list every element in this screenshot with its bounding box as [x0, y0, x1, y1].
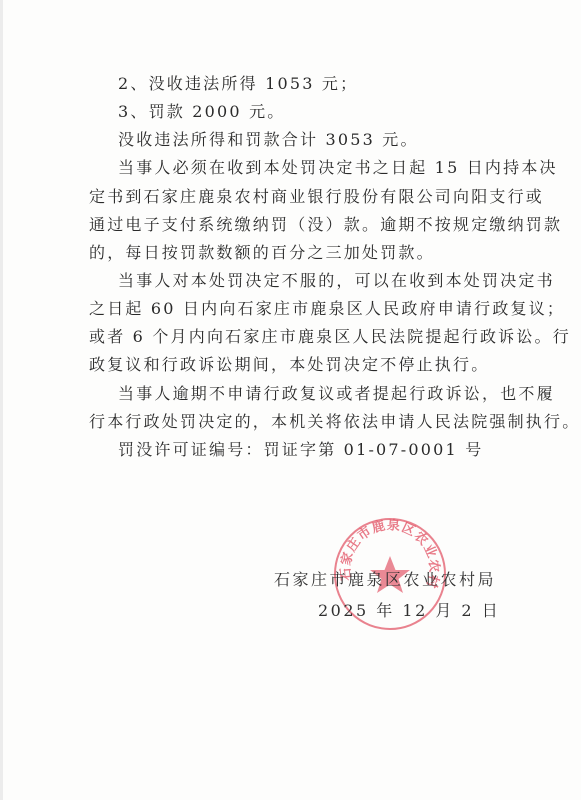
text-line: 定书到石家庄鹿泉农村商业银行股份有限公司向阳支行或 — [89, 187, 544, 207]
text-line: 通过电子支付系统缴纳罚（没）款。逾期不按规定缴纳罚款 — [89, 215, 562, 235]
scan-edge — [0, 0, 3, 800]
text-line: 政复议和行政诉讼期间，本处罚决定不停止执行。 — [89, 355, 489, 375]
text-line: 当事人对本处罚决定不服的，可以在收到本处罚决定书 — [118, 271, 555, 291]
text-line: 当事人逾期不申请行政复议或者提起行政诉讼，也不履 — [118, 384, 555, 404]
text-line: 的，每日按罚款数额的百分之三加处罚款。 — [89, 243, 435, 263]
text-line: 当事人必须在收到本处罚决定书之日起 15 日内持本决 — [118, 158, 558, 178]
text-line: 之日起 60 日内向石家庄市鹿泉区人民政府申请行政复议； — [89, 299, 565, 319]
issue-date: 2025 年 12 月 2 日 — [318, 598, 500, 621]
text-line: 罚没许可证编号：罚证字第 01-07-0001 号 — [118, 440, 483, 460]
document-page: 2、没收违法所得 1053 元； 3、罚款 2000 元。 没收违法所得和罚款合… — [0, 0, 581, 800]
text-line: 3、罚款 2000 元。 — [118, 102, 285, 122]
text-line: 2、没收违法所得 1053 元； — [118, 74, 358, 94]
text-line: 行本行政处罚决定的，本机关将依法申请人民法院强制执行。 — [89, 412, 580, 432]
issuing-agency: 石家庄市鹿泉区农业农村局 — [274, 567, 496, 590]
text-line: 或者 6 个月内向石家庄市鹿泉区人民法院提起行政诉讼。行 — [89, 327, 571, 347]
text-line: 没收违法所得和罚款合计 3053 元。 — [118, 130, 419, 150]
